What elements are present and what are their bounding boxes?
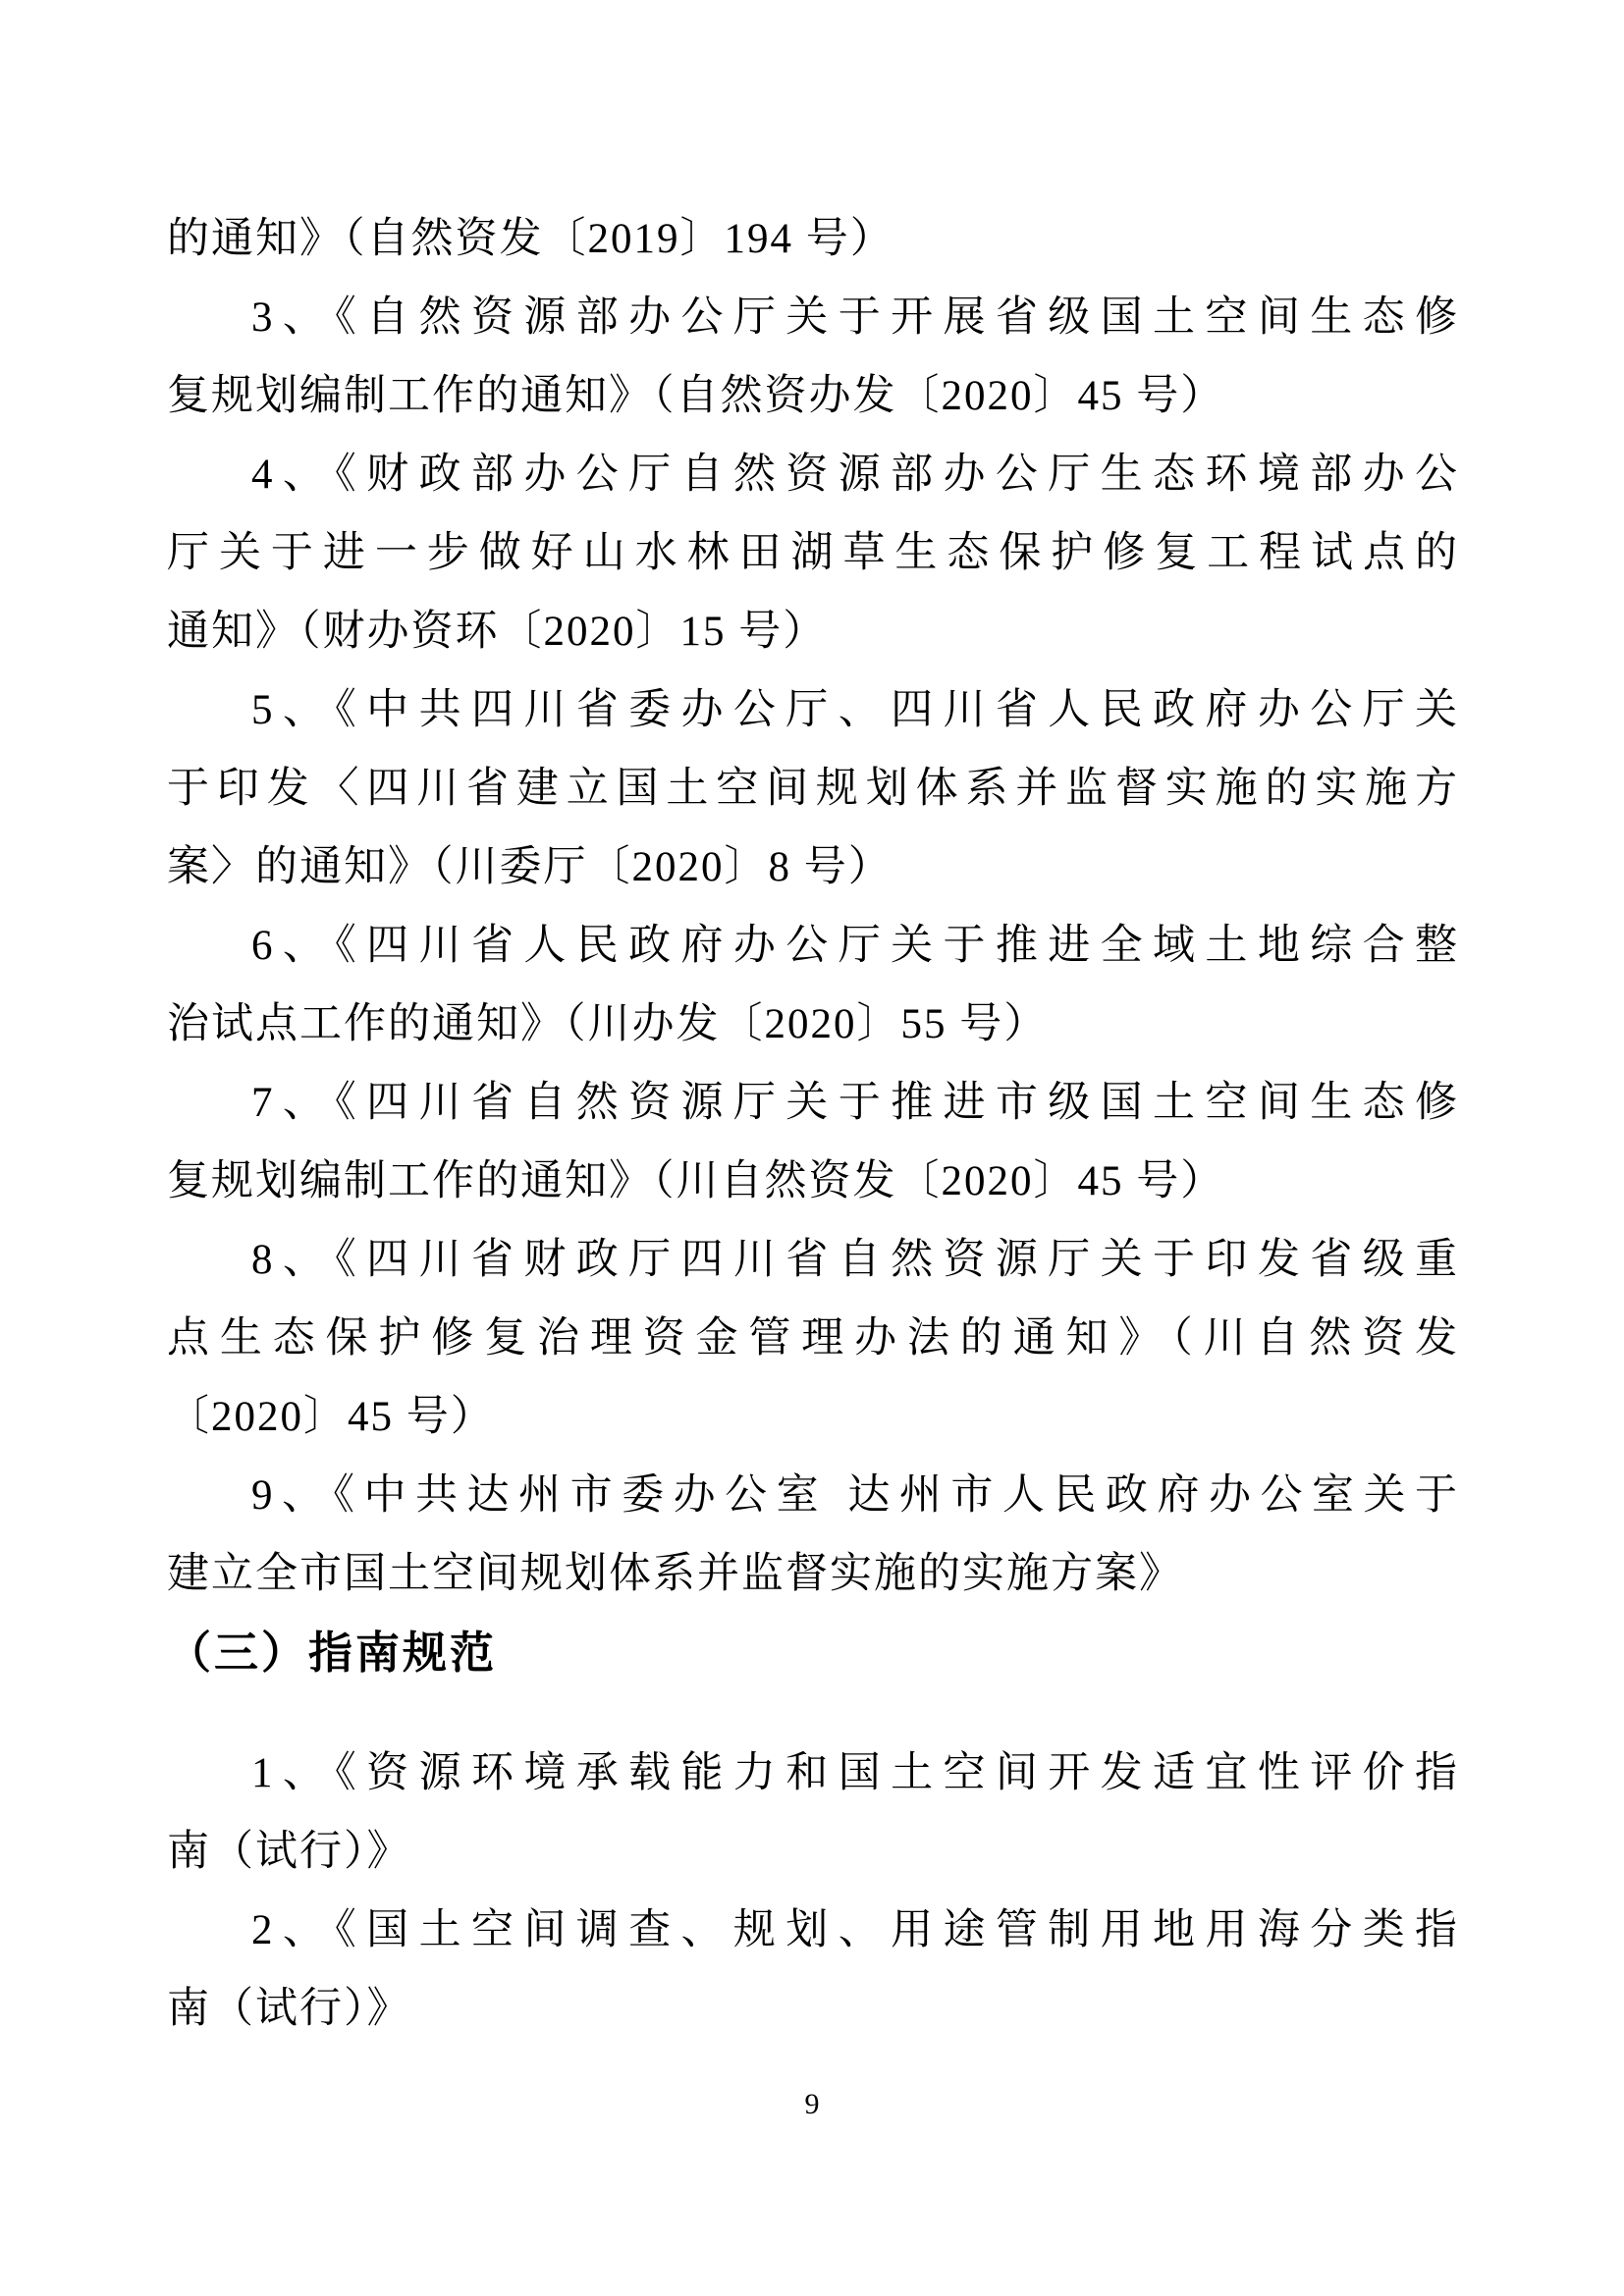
text-line: 治试点工作的通知》（川办发〔2020〕55 号） <box>167 986 1459 1064</box>
text-line: 4、《财政部办公厅自然资源部办公厅生态环境部办公 <box>167 436 1459 514</box>
text-line: 3、《自然资源部办公厅关于开展省级国土空间生态修 <box>167 279 1459 357</box>
text-line: 5、《中共四川省委办公厅、四川省人民政府办公厅关 <box>167 671 1459 750</box>
text-line: 南（试行）》 <box>167 1813 1459 1892</box>
text-line: 7、《四川省自然资源厅关于推进市级国土空间生态修 <box>167 1064 1459 1143</box>
text-line: 1、《资源环境承载能力和国土空间开发适宜性评价指 <box>167 1735 1459 1813</box>
text-line: 于印发〈四川省建立国土空间规划体系并监督实施的实施方 <box>167 750 1459 828</box>
text-line: 〔2020〕45 号） <box>167 1378 1459 1457</box>
text-line: 8、《四川省财政厅四川省自然资源厅关于印发省级重 <box>167 1221 1459 1300</box>
text-line: 6、《四川省人民政府办公厅关于推进全域土地综合整 <box>167 907 1459 986</box>
document-text-body: 的通知》（自然资发〔2019〕194 号） 3、《自然资源部办公厅关于开展省级国… <box>167 200 1459 2049</box>
text-line: 厅关于进一步做好山水林田湖草生态保护修复工程试点的 <box>167 514 1459 593</box>
text-line: 复规划编制工作的通知》（自然资办发〔2020〕45 号） <box>167 357 1459 436</box>
text-line: 南（试行）》 <box>167 1970 1459 2049</box>
text-line: 复规划编制工作的通知》（川自然资发〔2020〕45 号） <box>167 1143 1459 1221</box>
text-line: 2、《国土空间调查、规划、用途管制用地用海分类指 <box>167 1892 1459 1970</box>
text-line: 通知》（财办资环〔2020〕15 号） <box>167 593 1459 671</box>
text-line: 案〉的通知》（川委厅〔2020〕8 号） <box>167 828 1459 907</box>
text-line: 的通知》（自然资发〔2019〕194 号） <box>167 200 1459 279</box>
text-line: 9、《中共达州市委办公室 达州市人民政府办公室关于 <box>167 1457 1459 1535</box>
text-line: 建立全市国土空间规划体系并监督实施的实施方案》 <box>167 1535 1459 1614</box>
text-line: 点生态保护修复治理资金管理办法的通知》（川自然资发 <box>167 1300 1459 1378</box>
page-number: 9 <box>0 2083 1624 2126</box>
section-heading: （三）指南规范 <box>167 1614 1459 1692</box>
document-page: 的通知》（自然资发〔2019〕194 号） 3、《自然资源部办公厅关于开展省级国… <box>0 0 1624 2296</box>
